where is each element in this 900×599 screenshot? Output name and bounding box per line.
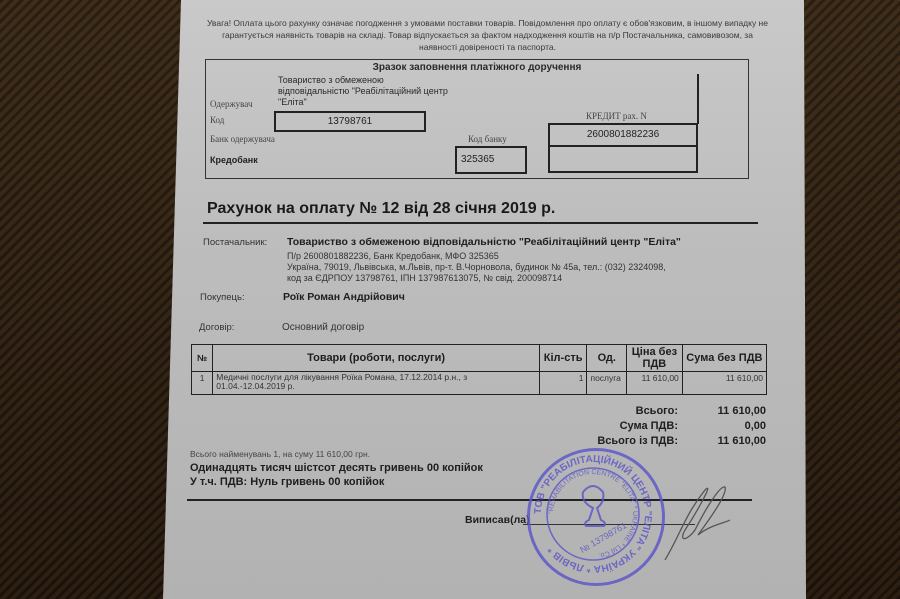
credit-empty-field: [548, 145, 698, 173]
bank-code-field: 325365: [455, 146, 527, 174]
credit-divider: [697, 74, 699, 124]
payment-sample-title: Зразок заповнення платіжного доручення: [206, 62, 748, 73]
cell-unit: послуга: [587, 372, 627, 395]
code-field: 13798761: [274, 111, 426, 132]
contract-value: Основний договір: [282, 322, 364, 333]
table-row: 1 Медичні послуги для лікування Роїка Ро…: [192, 372, 767, 395]
credit-label: КРЕДИТ рах. N: [586, 111, 647, 121]
supplier-codes: код за ЄДРПОУ 13798761, ІПН 137987613075…: [287, 273, 562, 283]
bank-code-label: Код банку: [468, 134, 507, 144]
contract-label: Договір:: [199, 322, 234, 333]
stamp-graphic: ТОВ "РЕАБІЛІТАЦІЙНИЙ ЦЕНТР "ЕЛІТА" УКРАЇ…: [527, 448, 659, 580]
total-row: Всього: 11 610,00: [597, 405, 766, 420]
bank-label: Банк одержувача: [210, 134, 275, 144]
credit-account-field: 2600801882236: [548, 123, 698, 147]
total-value: 11 610,00: [678, 405, 766, 420]
table-header-row: № Товари (роботи, послуги) Кіл-сть Од. Ц…: [192, 345, 767, 372]
total-with-vat-value: 11 610,00: [678, 435, 766, 450]
items-table: № Товари (роботи, послуги) Кіл-сть Од. Ц…: [191, 344, 767, 395]
vat-value: 0,00: [678, 420, 766, 435]
col-sum: Сума без ПДВ: [682, 345, 766, 372]
vat-words-prefix: У т.ч. ПДВ:: [190, 476, 247, 488]
vat-row: Сума ПДВ: 0,00: [597, 420, 766, 435]
cell-item: Медичні послуги для лікування Роїка Рома…: [213, 372, 540, 395]
signature-scribble: [650, 475, 750, 575]
amount-in-words: Одинадцять тисяч шістсот десять гривень …: [190, 462, 483, 474]
buyer-name: Роїк Роман Андрійович: [283, 291, 405, 303]
col-unit: Од.: [587, 345, 627, 372]
col-qty: Кіл-сть: [539, 345, 587, 372]
cell-price: 11 610,00: [627, 372, 683, 395]
notice-text: Увага! Оплата цього рахунку означає пого…: [205, 17, 770, 53]
vat-words-value: Нуль гривень 00 копійок: [250, 476, 384, 488]
bank-name: Кредобанк: [210, 155, 258, 165]
recipient-name: Товариство з обмеженою відповідальністю …: [278, 75, 448, 108]
recipient-label: Одержувач: [210, 99, 252, 109]
cell-sum: 11 610,00: [682, 372, 766, 395]
vat-in-words: У т.ч. ПДВ: Нуль гривень 00 копійок: [190, 476, 384, 488]
invoice-title: Рахунок на оплату № 12 від 28 січня 2019…: [207, 200, 555, 218]
supplier-address: Україна, 79019, Львівська, м.Львів, пр-т…: [287, 262, 666, 272]
cell-number: 1: [192, 372, 213, 395]
buyer-label: Покупець:: [200, 292, 245, 303]
cell-qty: 1: [539, 372, 587, 395]
company-stamp: ТОВ "РЕАБІЛІТАЦІЙНИЙ ЦЕНТР "ЕЛІТА" УКРАЇ…: [527, 448, 665, 586]
total-label: Всього:: [636, 405, 678, 420]
col-items: Товари (роботи, послуги): [213, 345, 540, 372]
col-price: Ціна без ПДВ: [627, 345, 683, 372]
title-divider: [203, 222, 758, 224]
supplier-name: Товариство з обмеженою відповідальністю …: [287, 236, 681, 248]
payment-sample-box: Зразок заповнення платіжного доручення Т…: [205, 59, 749, 179]
col-number: №: [192, 345, 213, 372]
items-count-line: Всього найменувань 1, на суму 11 610,00 …: [190, 449, 370, 459]
supplier-label: Постачальник:: [203, 237, 267, 248]
totals-block: Всього: 11 610,00 Сума ПДВ: 0,00 Всього …: [597, 405, 766, 450]
vat-label: Сума ПДВ:: [620, 420, 678, 435]
issued-by-label: Виписав(ла): [465, 514, 530, 526]
supplier-account: П/р 2600801882236, Банк Кредобанк, МФО 3…: [287, 251, 499, 261]
code-label: Код: [210, 115, 224, 125]
